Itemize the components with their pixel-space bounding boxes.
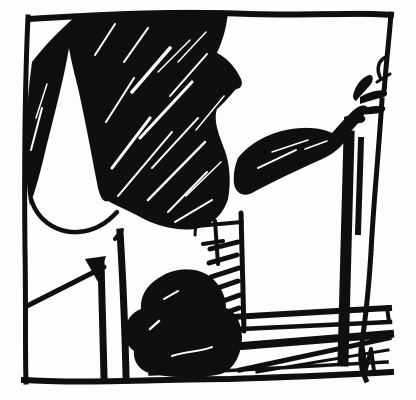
post-right-thick [343,136,349,361]
headboard-diagonal [27,267,104,306]
post-left [101,261,104,377]
border-right-upper [384,14,391,92]
hanging-curve [31,199,117,232]
sketch-panel: Rough black marker sketch inside a hand-… [0,0,416,400]
border-right-mid [371,100,382,252]
rail-middle [241,322,390,329]
ink-drawing: Rough black marker sketch inside a hand-… [0,0,416,400]
left-posts [27,230,126,377]
ladder-rail-right [241,213,244,331]
ink-layer [24,12,391,382]
border-left [25,17,28,382]
post-mid [120,232,126,375]
figure-mass-body [26,12,242,230]
post-right-thin [358,140,361,232]
figure-mass [26,12,242,232]
